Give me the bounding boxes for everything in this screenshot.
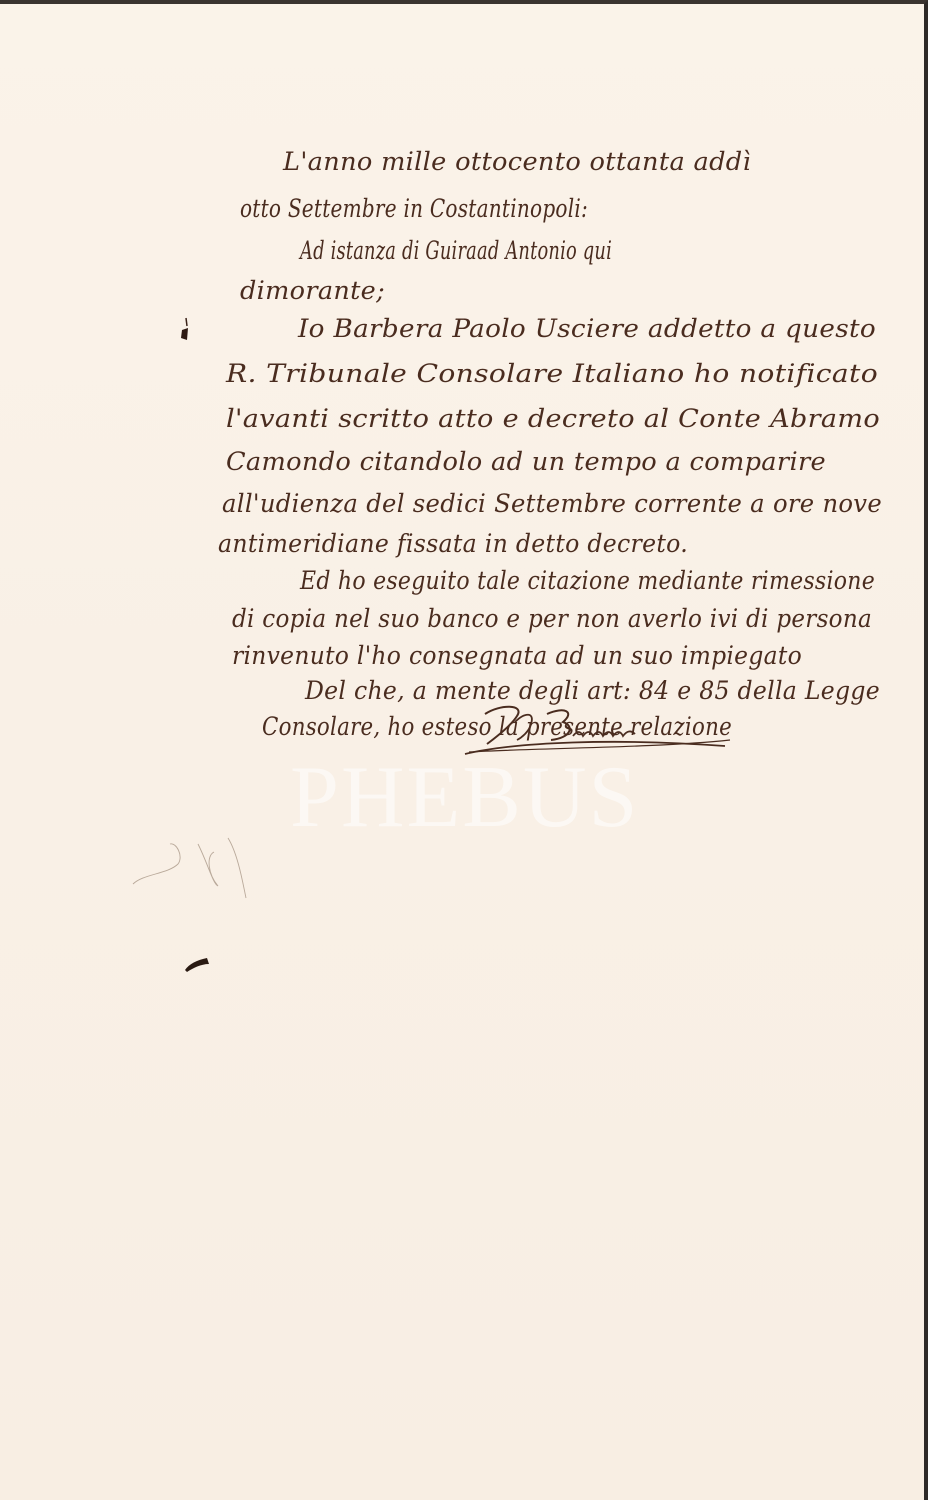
text-line-3: Ad istanza di Guiraad Antonio qui: [300, 236, 612, 265]
text-line-14: Del che, a mente degli art: 84 e 85 dell…: [305, 676, 880, 705]
text-line-7: l'avanti scritto atto e decreto al Conte…: [226, 404, 880, 433]
text-line-12: di copia nel suo banco e per non averlo …: [232, 604, 872, 633]
pencil-scribble-icon: [128, 834, 248, 914]
text-line-1: L'anno mille ottocento ottanta addì: [283, 147, 751, 176]
watermark: PHEBUS: [290, 747, 639, 848]
text-line-8: Camondo citandolo ad un tempo a comparir…: [226, 447, 826, 476]
document-page: L'anno mille ottocento ottanta addì otto…: [0, 0, 928, 1500]
ink-blot-icon: [183, 954, 213, 974]
text-line-10: antimeridiane fissata in detto decreto.: [218, 529, 688, 558]
text-line-5: Io Barbera Paolo Usciere addetto a quest…: [298, 314, 876, 343]
ink-mark-icon: [178, 316, 192, 342]
text-line-4: dimorante;: [240, 276, 385, 305]
text-line-9: all'udienza del sedici Settembre corrent…: [222, 489, 882, 518]
text-line-6: R. Tribunale Consolare Italiano ho notif…: [226, 359, 878, 388]
text-line-13: rinvenuto l'ho consegnata ad un suo impi…: [232, 641, 802, 670]
text-line-2: otto Settembre in Costantinopoli:: [240, 194, 588, 223]
text-line-11: Ed ho eseguito tale citazione mediante r…: [300, 566, 875, 595]
